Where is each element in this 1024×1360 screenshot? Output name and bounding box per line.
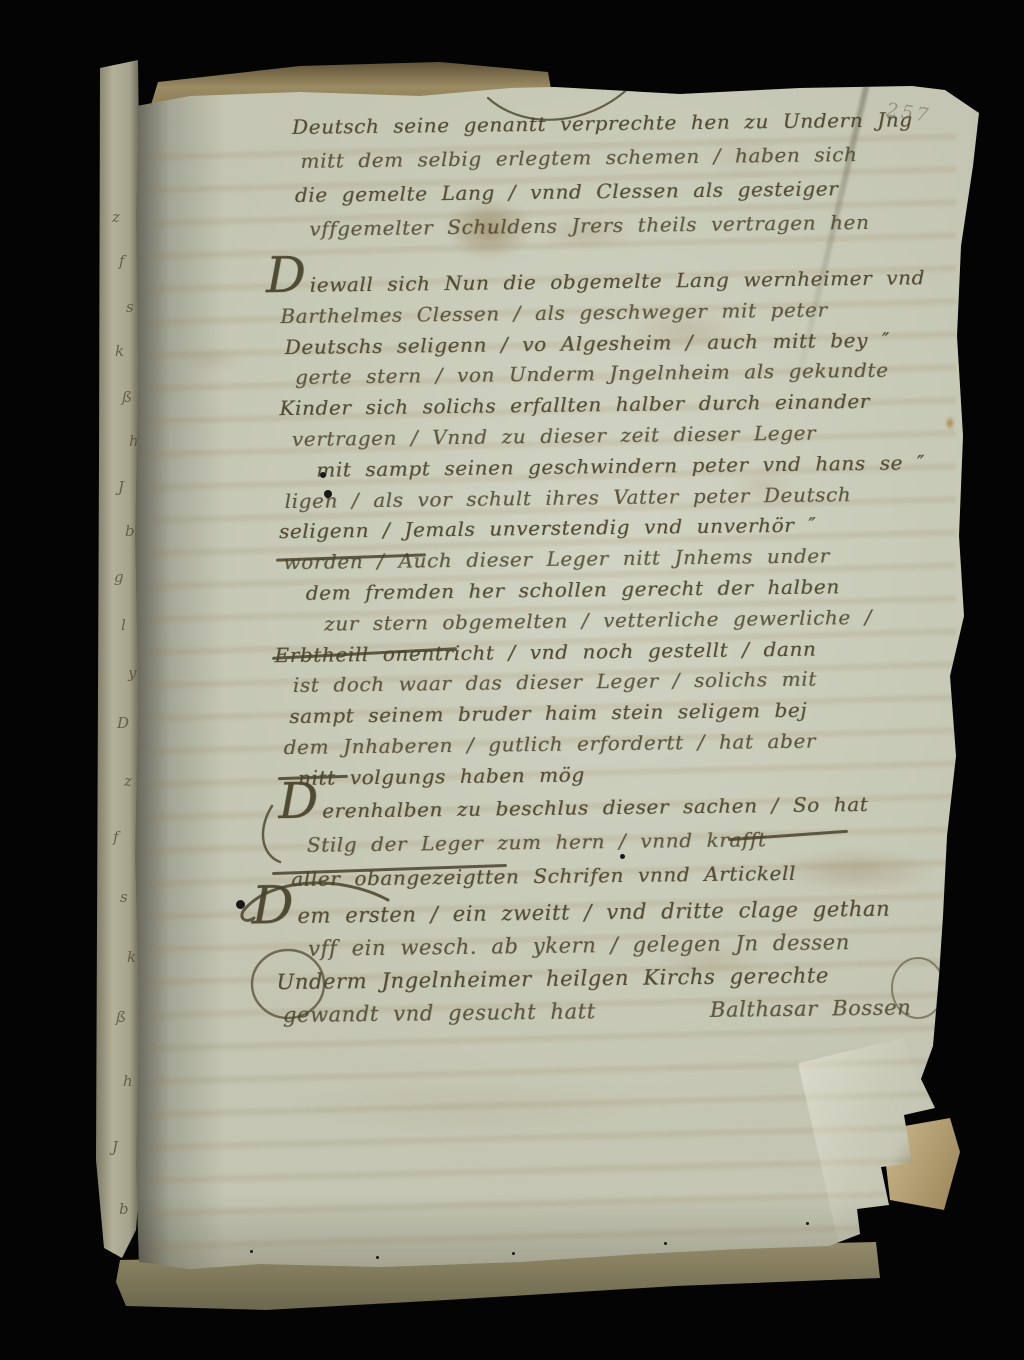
margin-writing-fragment: b bbox=[119, 1200, 129, 1218]
archival-manuscript-photo: zfskßhJbglyDzfskßhJb Deutsch seine genan… bbox=[40, 16, 1024, 1344]
margin-writing-fragment: ß bbox=[116, 1008, 126, 1026]
margin-writing-fragment: z bbox=[112, 208, 120, 226]
margin-writing-fragment: h bbox=[123, 1072, 133, 1090]
margin-writing-fragment: J bbox=[112, 1138, 118, 1156]
margin-writing-fragment: k bbox=[127, 948, 136, 966]
margin-writing-fragment: k bbox=[115, 342, 124, 360]
margin-writing-fragment: f bbox=[113, 828, 119, 846]
text-line: vffgemelter Schuldens Jrers theils vertr… bbox=[309, 204, 914, 245]
ink-blot bbox=[376, 1256, 379, 1259]
paragraph: Deutsch seine genantt verprechte hen zu … bbox=[292, 102, 914, 246]
ink-blot bbox=[512, 1252, 515, 1255]
handwritten-text: Deutsch seine genantt verprechte hen zu … bbox=[40, 16, 1024, 1344]
paragraph: Derenhalben zu beschlus dieser sachen / … bbox=[278, 781, 869, 896]
margin-writing-fragment: s bbox=[120, 888, 128, 906]
margin-writing-fragment: ß bbox=[122, 388, 132, 406]
ink-blot bbox=[236, 900, 245, 909]
manuscript-page: Deutsch seine genantt verprechte hen zu … bbox=[40, 16, 1024, 1344]
margin-writing-fragment: l bbox=[121, 616, 126, 634]
ink-blot bbox=[250, 1250, 253, 1253]
ink-blot bbox=[664, 1242, 667, 1245]
margin-writing-fragment: s bbox=[126, 298, 134, 316]
paragraph: Dem ersten / ein zweitt / vnd dritte cla… bbox=[251, 884, 911, 1032]
ink-blot bbox=[620, 854, 625, 859]
text-line: gewandt vnd gesucht hatt Balthasar Bosse… bbox=[283, 991, 912, 1032]
ink-blot bbox=[324, 490, 332, 498]
ink-blot bbox=[320, 472, 326, 478]
margin-writing-fragment: y bbox=[128, 664, 136, 682]
margin-writing-fragment: z bbox=[124, 772, 132, 790]
margin-writing-fragment: b bbox=[125, 522, 135, 540]
margin-writing-fragment: f bbox=[119, 252, 125, 270]
paragraph: Diewall sich Nun die obgemelte Lang wern… bbox=[266, 254, 931, 794]
margin-writing-fragment: g bbox=[114, 568, 124, 586]
ink-blot bbox=[806, 1222, 809, 1225]
margin-writing-fragment: J bbox=[118, 478, 124, 496]
margin-writing-fragment: D bbox=[117, 714, 129, 732]
